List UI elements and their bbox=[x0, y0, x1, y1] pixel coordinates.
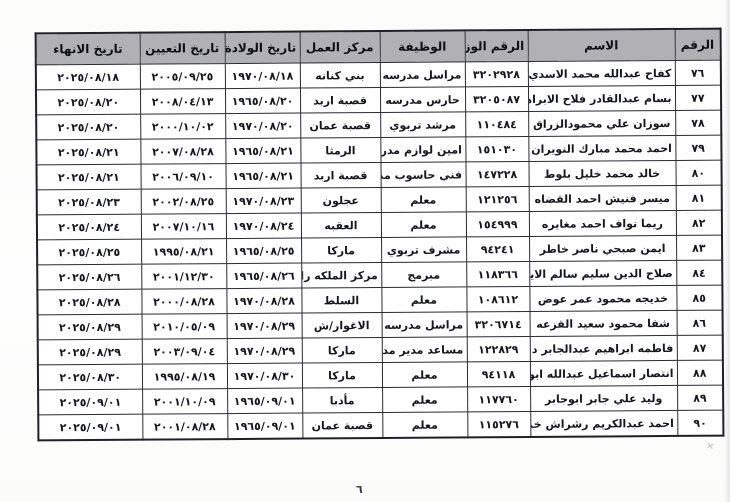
cell-end_date: ٢٠٢٥/٠٩/٠١ bbox=[38, 414, 142, 440]
cell-hire_date: ٢٠٠٦/٠٩/١٠ bbox=[141, 164, 226, 190]
cell-name: خالد محمد خليل بلوط bbox=[528, 160, 675, 186]
cell-work_center: العقبه bbox=[301, 212, 381, 238]
cell-seq: ٨٧ bbox=[677, 335, 723, 360]
column-header-name: الاسم bbox=[528, 29, 675, 62]
cell-hire_date: ٢٠٠١/١٠/٠٩ bbox=[142, 389, 227, 415]
cell-seq: ٨٥ bbox=[676, 285, 722, 310]
cell-name: ايمن صبحي ناصر خاطر bbox=[529, 235, 676, 261]
cell-seq: ٨٨ bbox=[677, 360, 723, 385]
cell-seq: ٩٠ bbox=[677, 410, 723, 436]
cell-birth_date: ١٩٧٠/٠٨/١٨ bbox=[225, 63, 300, 89]
cell-name: وليد علي جابر ابوجابر bbox=[530, 385, 677, 411]
cell-job: معلم bbox=[381, 287, 466, 313]
cell-end_date: ٢٠٢٥/٠٨/٢٣ bbox=[37, 189, 141, 215]
cell-birth_date: ١٩٦٥/٠٨/٢٠ bbox=[225, 88, 300, 114]
cell-ministry_no: ٩٤٢٤١ bbox=[466, 236, 529, 261]
cell-name: احمد محمد مبارك النويران bbox=[528, 135, 675, 161]
cell-work_center: قصبة اربد bbox=[300, 88, 380, 114]
column-header-seq: الرقم bbox=[675, 29, 721, 61]
cell-name: احمد عبدالكريم رشراش خميس bbox=[530, 410, 677, 437]
cell-work_center: قصبة عمان bbox=[300, 112, 380, 138]
cell-ministry_no: ١١٨٣٦٦ bbox=[466, 261, 529, 286]
page-number: ٦ bbox=[356, 483, 363, 496]
cell-work_center: ماركا bbox=[301, 237, 381, 263]
header-row: الرقمالاسمالرقم الوزاريالوظيفةمركز العمل… bbox=[36, 29, 721, 65]
cell-job: فني حاسوب مدرسة bbox=[380, 162, 465, 188]
cell-ministry_no: ١٢١٢٥٦ bbox=[466, 186, 529, 211]
cell-end_date: ٢٠٢٥/٠٨/٢٠ bbox=[36, 89, 140, 115]
column-header-birth_date: تاريخ الولادة bbox=[225, 32, 300, 64]
cell-birth_date: ١٩٧٠/٠٨/٢٨ bbox=[226, 288, 301, 314]
cell-hire_date: ٢٠٠٠/٠٨/٢٨ bbox=[141, 289, 226, 315]
cell-job: امين لوازم مدرسه bbox=[380, 137, 465, 163]
scan-edge-shadow bbox=[724, 0, 730, 502]
cell-work_center: السلط bbox=[301, 287, 381, 313]
cell-name: خديجه محمود عمر عوض bbox=[529, 285, 676, 311]
cell-birth_date: ١٩٦٥/٠٨/٢١ bbox=[225, 138, 300, 164]
cell-hire_date: ٢٠٠٧/٠٨/٢٨ bbox=[140, 139, 225, 165]
cell-birth_date: ١٩٧٠/٠٨/٢٣ bbox=[226, 188, 301, 214]
cell-name: انتصار اسماعيل عبدالله ابوحشيش bbox=[530, 360, 677, 386]
cell-seq: ٧٧ bbox=[675, 85, 721, 110]
cell-hire_date: ١٩٩٥/٠٨/١٩ bbox=[142, 364, 227, 390]
cell-name: كفاح عبدالله محمد الاسدي bbox=[528, 60, 675, 86]
cell-job: معلم bbox=[382, 412, 467, 438]
cell-job: مراسل مدرسه bbox=[380, 62, 465, 88]
cell-seq: ٧٨ bbox=[675, 110, 721, 135]
cell-work_center: قصبة اربد bbox=[300, 162, 380, 188]
cell-hire_date: ١٩٩٥/٠٨/٢١ bbox=[141, 239, 226, 265]
cell-ministry_no: ٣٢٠٦٧١٤ bbox=[467, 311, 530, 336]
cell-work_center: بني كنانه bbox=[300, 63, 380, 89]
cell-job: مرشد تربوي bbox=[380, 112, 465, 138]
cell-seq: ٧٩ bbox=[675, 135, 721, 160]
cell-end_date: ٢٠٢٥/٠٨/٢٤ bbox=[37, 214, 141, 240]
cell-end_date: ٢٠٢٥/٠٨/٢٨ bbox=[37, 289, 141, 315]
cell-name: شفا محمود سعيد القزعه bbox=[530, 310, 677, 336]
cell-ministry_no: ٣٢٠٥٠٨٧ bbox=[465, 86, 528, 111]
cell-end_date: ٢٠٢٥/٠٨/٢٦ bbox=[37, 264, 141, 290]
column-header-work_center: مركز العمل bbox=[300, 31, 380, 63]
cell-ministry_no: ٣٢٠٢٩٢٨ bbox=[465, 61, 528, 86]
cell-end_date: ٢٠٢٥/٠٨/١٨ bbox=[36, 64, 140, 90]
cell-seq: ٨٣ bbox=[676, 235, 722, 260]
cell-job: معلم bbox=[382, 387, 467, 413]
cell-work_center: الاغوار/ش bbox=[302, 312, 382, 338]
scanned-page: الرقمالاسمالرقم الوزاريالوظيفةمركز العمل… bbox=[0, 0, 730, 502]
column-header-job: الوظيفة bbox=[380, 30, 465, 62]
cell-end_date: ٢٠٢٥/٠٨/٢١ bbox=[36, 139, 140, 165]
cell-job: مساعد مدير مدرسه bbox=[382, 337, 467, 363]
cell-seq: ٨٠ bbox=[675, 160, 721, 185]
cell-birth_date: ١٩٦٥/٠٨/٢١ bbox=[226, 163, 301, 189]
cell-job: مبرمج bbox=[381, 262, 466, 288]
table-row: ٩٠احمد عبدالكريم رشراش خميس١١٥٢٧٦معلمقصب… bbox=[38, 410, 723, 440]
employee-roster-table: الرقمالاسمالرقم الوزاريالوظيفةمركز العمل… bbox=[35, 28, 725, 442]
cell-birth_date: ١٩٦٥/٠٩/٠١ bbox=[227, 388, 302, 414]
cell-name: بسام عبدالقادر فلاح الابراهيم bbox=[528, 85, 675, 111]
cell-name: صلاح الدين سليم سالم الايوبي bbox=[529, 260, 676, 286]
cell-hire_date: ٢٠٠٥/٠٩/٢٥ bbox=[140, 64, 225, 90]
cell-birth_date: ١٩٧٠/٠٨/٢٩ bbox=[227, 338, 302, 364]
cell-seq: ٨٢ bbox=[676, 210, 722, 235]
cell-work_center: قصبة عمان bbox=[302, 412, 382, 438]
cell-name: ريما نواف احمد مغايره bbox=[529, 210, 676, 236]
cell-ministry_no: ١١٠٤٨٤ bbox=[465, 111, 528, 136]
cell-job: حارس مدرسه bbox=[380, 87, 465, 113]
cell-end_date: ٢٠٢٥/٠٨/٢٠ bbox=[36, 114, 140, 140]
cell-work_center: عجلون bbox=[301, 187, 381, 213]
cell-job: مراسل مدرسه bbox=[382, 312, 467, 338]
cell-name: سوزان علي محمودالزراق bbox=[528, 110, 675, 136]
cell-end_date: ٢٠٢٥/٠٩/٠١ bbox=[38, 389, 142, 415]
cell-birth_date: ١٩٧٠/٠٨/٢٠ bbox=[225, 113, 300, 139]
cell-ministry_no: ١٢٢٨٢٩ bbox=[467, 336, 530, 361]
cell-name: فاطمه ابراهيم عبدالجابر دحنوس bbox=[530, 335, 677, 361]
cell-job: معلم bbox=[381, 212, 466, 238]
column-header-hire_date: تاريخ التعيين bbox=[140, 32, 225, 64]
cell-work_center: ماركا bbox=[302, 362, 382, 388]
cell-hire_date: ٢٠٠٢/٠٨/٢٥ bbox=[141, 189, 226, 215]
cell-birth_date: ١٩٧٠/٠٨/٢٩ bbox=[227, 313, 302, 339]
cell-end_date: ٢٠٢٥/٠٨/٢٩ bbox=[38, 314, 142, 340]
cell-seq: ٨٩ bbox=[677, 385, 723, 410]
cell-ministry_no: ١١٧٧٦٠ bbox=[467, 386, 530, 411]
cell-hire_date: ٢٠٠١/١٢/٣٠ bbox=[141, 264, 226, 290]
column-header-end_date: تاريخ الانهاء bbox=[36, 33, 140, 65]
cell-ministry_no: ١١٥٢٧٦ bbox=[467, 411, 530, 437]
cell-birth_date: ١٩٧٠/٠٨/٢٤ bbox=[226, 213, 301, 239]
cell-work_center: مأدبا bbox=[302, 387, 382, 413]
cell-work_center: الرمثا bbox=[300, 137, 380, 163]
column-header-ministry_no: الرقم الوزاري bbox=[465, 30, 528, 62]
cell-hire_date: ٢٠٠٣/٠٩/٠٤ bbox=[142, 339, 227, 365]
cell-hire_date: ٢٠٠١/٠٨/٢٨ bbox=[142, 414, 227, 440]
cell-birth_date: ١٩٦٥/٠٨/٢٥ bbox=[226, 238, 301, 264]
cell-job: معلم bbox=[381, 187, 466, 213]
cell-ministry_no: ٩٤١١٨ bbox=[467, 361, 530, 386]
cell-birth_date: ١٩٦٥/٠٨/٢٦ bbox=[226, 263, 301, 289]
cell-ministry_no: ١٤٧٢٢٨ bbox=[465, 161, 528, 186]
cell-hire_date: ٢٠١٠/٠٥/٠٩ bbox=[142, 314, 227, 340]
cell-hire_date: ٢٠٠٨/٠٤/١٣ bbox=[140, 89, 225, 115]
cell-end_date: ٢٠٢٥/٠٨/٢٩ bbox=[38, 339, 142, 365]
scan-smudge-artifact: × bbox=[705, 440, 715, 453]
cell-end_date: ٢٠٢٥/٠٨/٢١ bbox=[37, 164, 141, 190]
cell-hire_date: ٢٠٠٧/١٠/١٦ bbox=[141, 214, 226, 240]
cell-seq: ٧٦ bbox=[675, 60, 721, 85]
cell-seq: ٨١ bbox=[676, 185, 722, 210]
cell-seq: ٨٦ bbox=[677, 310, 723, 335]
cell-name: ميسر فنيش احمد القضاه bbox=[529, 185, 676, 211]
table-body: ٧٦كفاح عبدالله محمد الاسدي٣٢٠٢٩٢٨مراسل م… bbox=[36, 60, 724, 440]
cell-work_center: مركز الملكه رانيا bbox=[301, 262, 381, 288]
cell-work_center: ماركا bbox=[302, 337, 382, 363]
cell-end_date: ٢٠٢٥/٠٨/٣٠ bbox=[38, 364, 142, 390]
employee-table-wrap: الرقمالاسمالرقم الوزاريالوظيفةمركز العمل… bbox=[37, 28, 725, 442]
cell-hire_date: ٢٠٠٠/١٠/٠٢ bbox=[140, 114, 225, 140]
cell-end_date: ٢٠٢٥/٠٨/٢٥ bbox=[37, 239, 141, 265]
cell-job: معلم bbox=[382, 362, 467, 388]
cell-seq: ٨٤ bbox=[676, 260, 722, 285]
cell-ministry_no: ١٥٤٩٩٩ bbox=[466, 211, 529, 236]
cell-birth_date: ١٩٦٥/٠٩/٠١ bbox=[227, 413, 302, 439]
cell-ministry_no: ١٠٨٦١٢ bbox=[466, 286, 529, 311]
cell-ministry_no: ١٥١٠٣٠ bbox=[465, 136, 528, 161]
cell-birth_date: ١٩٧٠/٠٨/٣٠ bbox=[227, 363, 302, 389]
cell-job: مشرف تربوي bbox=[381, 237, 466, 263]
